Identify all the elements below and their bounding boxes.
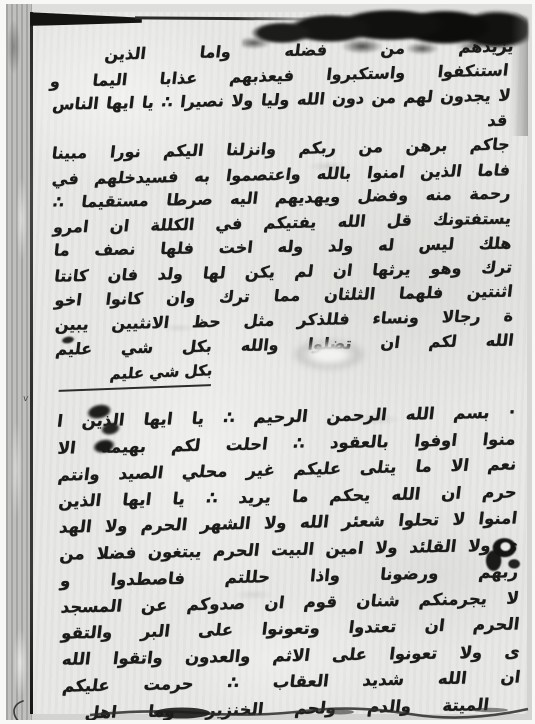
ink-blot-right-edge [472, 525, 526, 579]
margin-mark: v [22, 394, 28, 404]
page-edge-strip [6, 4, 32, 720]
manuscript-scan: v v.4 يزيدهم من فضله واما الذين استنكفوا… [0, 0, 535, 724]
corner-hook-mark [10, 700, 30, 720]
text-line-underlined: بكل شي عليم [59, 358, 214, 391]
manuscript-page: يزيدهم من فضله واما الذين استنكفوا واستك… [30, 12, 527, 714]
bottom-edge-smudge [90, 702, 530, 720]
faint-stain [268, 326, 390, 378]
photo-print: v v.4 يزيدهم من فضله واما الذين استنكفوا… [6, 4, 532, 720]
torn-left-edge [30, 12, 33, 714]
